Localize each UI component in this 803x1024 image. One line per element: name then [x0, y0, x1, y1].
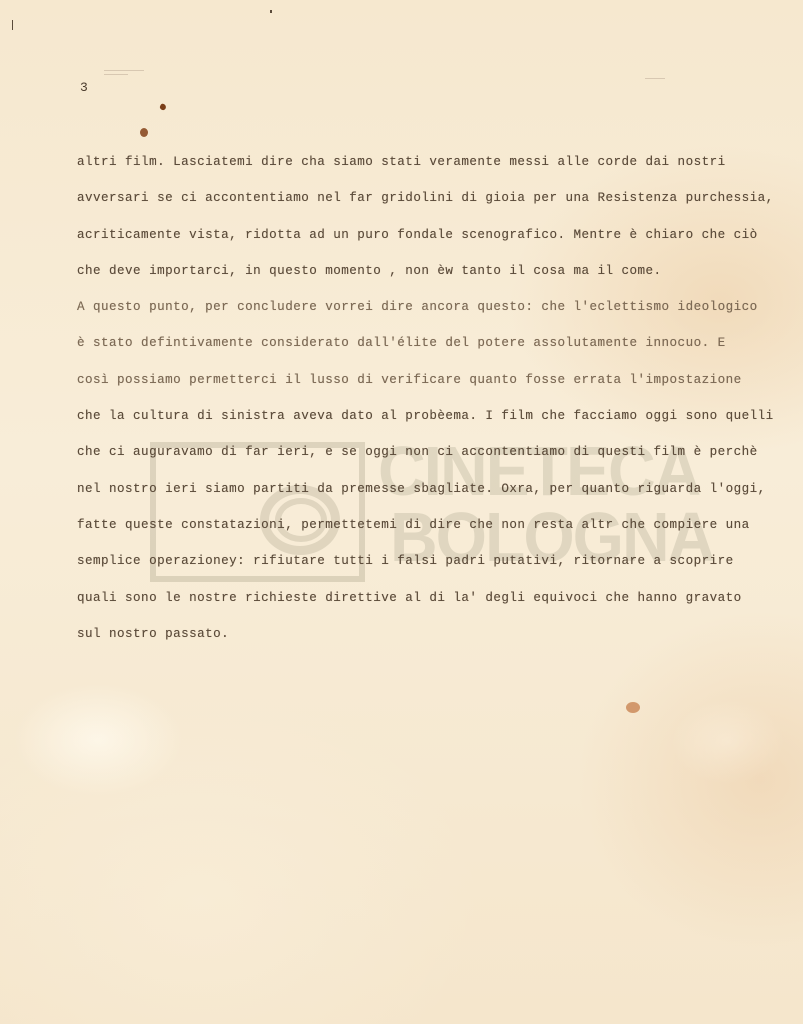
text-line: così possiamo permetterci il lusso di ve…	[77, 368, 797, 404]
faint-mark	[104, 70, 144, 71]
text-line: è stato defintivamente considerato dall'…	[77, 331, 797, 367]
faint-mark	[645, 78, 665, 79]
text-line: che la cultura di sinistra aveva dato al…	[77, 404, 797, 440]
margin-mark	[12, 20, 13, 30]
ink-stain	[159, 103, 167, 111]
text-line: acriticamente vista, ridotta ad un puro …	[77, 223, 797, 259]
text-line: sul nostro passato.	[77, 622, 797, 658]
text-line: fatte queste constatazioni, permettetemi…	[77, 513, 797, 549]
text-line: che deve importarci, in questo momento ,…	[77, 259, 797, 295]
text-line: quali sono le nostre richieste direttive…	[77, 586, 797, 622]
text-line: che ci auguravamo di far ieri, e se oggi…	[77, 440, 797, 476]
typewritten-body: altri film. Lasciatemi dire cha siamo st…	[77, 150, 797, 658]
text-line: nel nostro ieri siamo partiti da premess…	[77, 477, 797, 513]
text-line: avversari se ci accontentiamo nel far gr…	[77, 186, 797, 222]
faint-mark	[104, 74, 128, 75]
text-line: semplice operazioney: rifiutare tutti i …	[77, 549, 797, 585]
ink-dot	[270, 10, 272, 13]
text-line: altri film. Lasciatemi dire cha siamo st…	[77, 150, 797, 186]
rust-stain	[626, 702, 640, 713]
document-page: 3 CINETECA BOLOGNA altri film. Lasciatem…	[0, 0, 803, 1024]
text-line: A questo punto, per concludere vorrei di…	[77, 295, 797, 331]
page-number: 3	[80, 80, 88, 95]
ink-stain	[140, 128, 148, 137]
